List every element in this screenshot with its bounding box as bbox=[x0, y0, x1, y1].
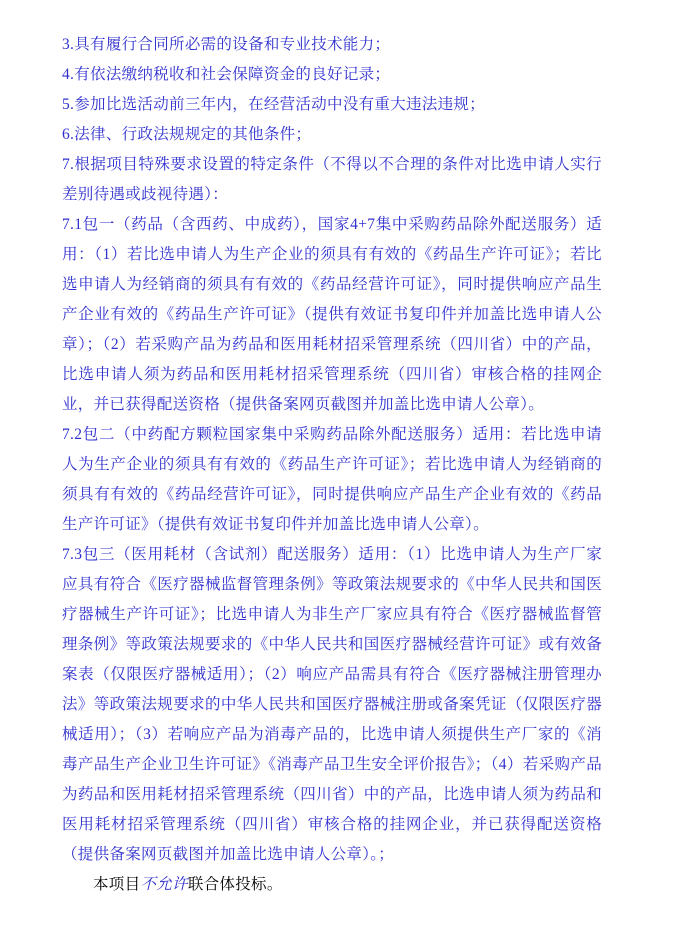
clause-3: 3.具有履行合同所必需的设备和专业技术能力； bbox=[62, 30, 602, 60]
statement-prefix: 本项目 bbox=[93, 876, 140, 893]
document-page: { "colors": { "body_text": "#3030cf", "p… bbox=[0, 0, 674, 925]
clause-7-2-package-two: 7.2包二（中药配方颗粒国家集中采购药品除外配送服务）适用：若比选申请人为生产企… bbox=[62, 420, 602, 540]
clause-7-1-package-one: 7.1包一（药品（含西药、中成药），国家4+7集中采购药品除外配送服务）适用：（… bbox=[62, 210, 602, 420]
clause-7: 7.根据项目特殊要求设置的特定条件（不得以不合理的条件对比选申请人实行差别待遇或… bbox=[62, 150, 602, 210]
clause-6: 6.法律、行政法规规定的其他条件； bbox=[62, 120, 602, 150]
clause-5: 5.参加比选活动前三年内，在经营活动中没有重大违法违规； bbox=[62, 90, 602, 120]
statement-suffix: 联合体投标。 bbox=[188, 876, 283, 893]
clause-7-3-package-three: 7.3包三（医用耗材（含试剂）配送服务）适用：（1）比选申请人为生产厂家应具有符… bbox=[62, 540, 602, 870]
document-body: 3.具有履行合同所必需的设备和专业技术能力； 4.有依法缴纳税收和社会保障资金的… bbox=[62, 30, 602, 900]
statement-emphasis: 不允许 bbox=[140, 876, 187, 893]
joint-bid-statement: 本项目不允许联合体投标。 bbox=[62, 870, 602, 900]
clause-4: 4.有依法缴纳税收和社会保障资金的良好记录； bbox=[62, 60, 602, 90]
